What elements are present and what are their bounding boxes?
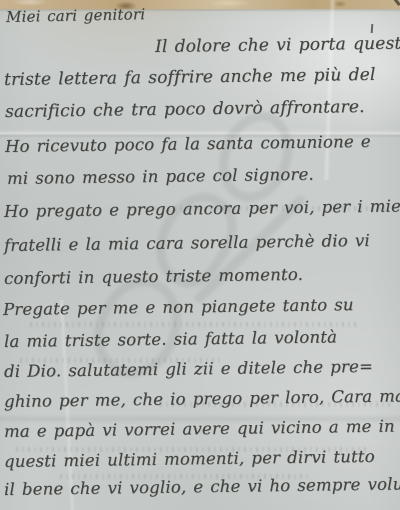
letter-line: il bene che vi voglio, e che vi ho sempr…	[4, 474, 400, 499]
letter-line: fratelli e la mia cara sorella perchè di…	[4, 231, 370, 255]
letter-line: di Dio. salutatemi gli zii e ditele che …	[4, 357, 373, 381]
letter-line: ma e papà vi vorrei avere qui vicino a m…	[4, 417, 395, 441]
handwritten-letter-photo: Miei cari genitori Il dolore che vi port…	[0, 0, 400, 510]
letter-line: conforti in questo triste momento.	[4, 265, 303, 288]
paper-tick-mark	[371, 24, 373, 33]
letter-line: Pregate per me e non piangete tanto su	[3, 295, 354, 319]
letter-salutation: Miei cari genitori	[6, 5, 146, 26]
letter-line: la mia triste sorte. sia fatta la volont…	[4, 327, 337, 351]
letter-line: Ho ricevuto poco fa la santa comunione e	[5, 132, 371, 156]
letter-line: Ho pregato e prego ancora per voi, per i…	[4, 196, 400, 221]
letter-line: Il dolore che vi porta questa	[155, 33, 400, 57]
letter-line: ghino per me, che io prego per loro, Car…	[4, 386, 400, 411]
letter-line: mi sono messo in pace col signore.	[7, 165, 314, 188]
letter-line: triste lettera fa soffrire anche me più …	[4, 65, 376, 90]
paper-crease	[323, 0, 336, 180]
letter-line: sacrificio che tra poco dovrò affrontare…	[5, 97, 365, 122]
ink-bleedthrough	[30, 322, 360, 327]
letter-line: questi miei ultimi momenti, per dirvi tu…	[4, 447, 375, 471]
